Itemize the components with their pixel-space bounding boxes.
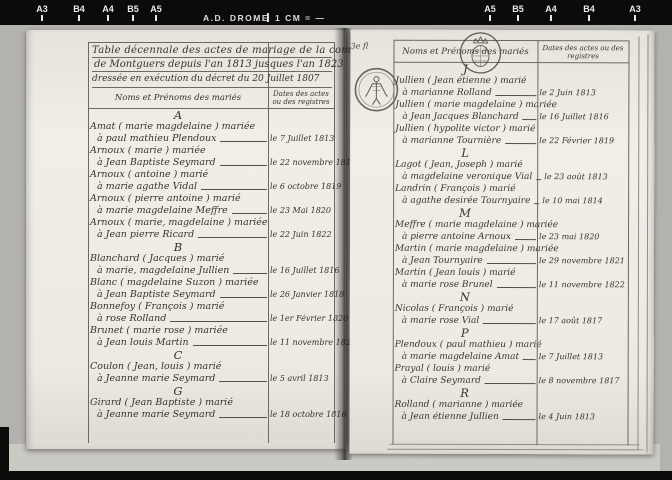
tick-icon <box>155 15 157 21</box>
spouse2-name: à Jean étienne Jullien <box>393 411 499 423</box>
spouse1-name: Rolland ( marianne ) mariée <box>393 399 628 412</box>
spouse1-name: Plendoux ( paul mathieu ) marié <box>393 339 628 352</box>
record-entry: Coulon ( Jean, louis ) marié à Jeanne ma… <box>88 361 334 385</box>
record-entry: Girard ( Jean Baptiste ) marié à Jeanne … <box>88 397 334 421</box>
tick-icon <box>489 15 491 21</box>
spouse2-name: à marianne Rolland <box>393 87 491 99</box>
marriage-date: le 2 Juin 1813 <box>537 87 628 99</box>
record-entry: Nicolas ( François ) marié à marie rose … <box>393 303 628 328</box>
calibration-marker: A3 <box>620 4 650 21</box>
section-letter: G <box>88 385 268 397</box>
spouse2-name: à pierre antoine Arnoux <box>393 231 511 243</box>
section-letter: B <box>88 241 268 253</box>
spouse1-name: Jullien ( hypolite victor ) marié <box>393 123 628 136</box>
spouse1-name: Nicolas ( François ) marié <box>393 303 628 316</box>
marker-label: A5 <box>484 4 496 14</box>
marriage-date: le 22 novembre 1815 <box>268 157 334 169</box>
leader-line <box>485 383 536 384</box>
spouse1-name: Arnoux ( antoine ) marié <box>88 169 334 181</box>
spouse2-name: à Jean Tournyaire <box>393 255 483 267</box>
tick-icon <box>41 15 43 21</box>
leader-line <box>170 321 267 322</box>
record-entry: Jullien ( Jean étienne ) marié à mariann… <box>393 75 628 100</box>
record-entry: Arnoux ( pierre antoine ) marié à marie … <box>88 193 334 217</box>
record-entry: Meffre ( marie magdelaine ) mariée à pie… <box>393 219 628 244</box>
marker-label: B5 <box>127 4 139 14</box>
spouse2-name: à Jeanne marie Seymard <box>88 373 215 385</box>
table-right-border <box>627 40 629 445</box>
marker-label: B5 <box>512 4 524 14</box>
leader-line <box>487 263 536 264</box>
record-entry: Brunet ( marie rose ) mariée à Jean loui… <box>88 325 334 349</box>
spouse1-name: Arnoux ( marie, magdelaine ) mariée <box>88 217 334 229</box>
leader-line <box>483 323 536 324</box>
marriage-date: le 17 août 1817 <box>537 315 628 327</box>
leader-line <box>193 345 267 346</box>
spouse1-name: Girard ( Jean Baptiste ) marié <box>88 397 334 409</box>
marriage-date: le 10 mai 1814 <box>540 195 628 207</box>
leader-line <box>219 381 267 382</box>
column-header-row: Noms et Prénoms des mariés Dates des act… <box>88 88 334 109</box>
spouse1-name: Bonnefoy ( François ) marié <box>88 301 334 313</box>
calibration-marker: B4 <box>64 4 94 21</box>
spouse1-name: Blanchard ( Jacques ) marié <box>88 253 334 265</box>
leader-line <box>201 189 267 190</box>
left-page: Table décennale des actes de mariage de … <box>26 30 346 449</box>
record-entry: Amat ( marie magdelaine ) mariée à paul … <box>88 121 334 145</box>
marriage-date: le 11 novembre 1822 <box>537 279 628 291</box>
marriage-date: le 7 Juillet 1813 <box>537 351 628 363</box>
scan-edge-black-bar <box>0 471 672 480</box>
spouse1-name: Amat ( marie magdelaine ) mariée <box>88 121 334 133</box>
marker-label: A3 <box>629 4 641 14</box>
leader-line <box>219 417 267 418</box>
marriage-date: le 18 octobre 1816 <box>268 409 334 421</box>
spouse1-name: Arnoux ( marie ) mariée <box>88 145 334 157</box>
fiscal-crown-stamp <box>458 31 502 75</box>
title-line-2: de Montguers depuis l'an 1813 jusques l'… <box>92 58 332 72</box>
microfilm-scan-viewer: A3 B4 A4 B5 A5 A.D. DROME 1 CM = — A5 B5… <box>0 0 672 480</box>
spouse2-name: à marie, magdelaine Jullien <box>88 265 229 277</box>
marriage-date: le 6 octobre 1819 <box>268 181 334 193</box>
calibration-marker: A3 <box>27 4 57 21</box>
marriage-date: le 22 Février 1819 <box>537 135 628 147</box>
record-entry: Prayal ( louis ) marié à Claire Seymardl… <box>393 363 628 388</box>
leader-line <box>515 239 536 240</box>
record-entry: Blanc ( magdelaine Suzon ) mariée à Jean… <box>88 277 334 301</box>
leader-line <box>503 419 536 420</box>
dates-column-header: Dates des actes ou des registres <box>268 88 334 108</box>
leader-line <box>523 119 537 120</box>
tick-icon <box>588 15 590 21</box>
marriage-date: le 22 Juin 1822 <box>268 229 334 241</box>
names-column-header: Noms et Prénoms des mariés <box>88 93 268 103</box>
calibration-marker: B4 <box>574 4 604 21</box>
record-entry: Martin ( marie magdelaine ) mariée à Jea… <box>393 243 628 268</box>
tick-icon <box>634 15 636 21</box>
calibration-marker: B5 <box>503 4 533 21</box>
marriage-date: le 5 avril 1813 <box>268 373 334 385</box>
title-line-3: dressée en exécution du décret du 20 Jui… <box>92 72 332 88</box>
marker-label: B4 <box>73 4 85 14</box>
left-table: Table décennale des actes de mariage de … <box>88 42 334 443</box>
calibration-bar: A3 B4 A4 B5 A5 A.D. DROME 1 CM = — A5 B5… <box>0 0 672 25</box>
leader-line <box>233 273 267 274</box>
spouse2-name: à magdelaine veronique Vial <box>393 171 532 183</box>
record-entry: Landrin ( François ) marié à agathe desi… <box>393 183 628 208</box>
marriage-date: le 4 Juin 1813 <box>537 411 628 423</box>
marriage-date: le 8 novembre 1817 <box>537 375 628 387</box>
leader-line <box>220 297 267 298</box>
spouse1-name: Jullien ( Jean étienne ) marié <box>393 75 628 88</box>
spouse2-name: à paul mathieu Plendoux <box>88 133 216 145</box>
section-letter: A <box>88 109 268 121</box>
record-entry: Blanchard ( Jacques ) marié à marie, mag… <box>88 253 334 277</box>
marker-label: A4 <box>102 4 114 14</box>
title-line-1: Table décennale des actes de mariage de … <box>92 45 332 58</box>
calibration-marker: A5 <box>475 4 505 21</box>
marriage-date: le 29 novembre 1821 <box>537 255 628 267</box>
spouse2-name: à marie agathe Vidal <box>88 181 197 193</box>
record-entry: Bonnefoy ( François ) marié à rose Rolla… <box>88 301 334 325</box>
marriage-date: le 23 août 1813 <box>542 171 628 183</box>
calibration-marker: A5 <box>141 4 171 21</box>
spouse2-name: à Jean Baptiste Seymard <box>88 289 216 301</box>
column-divider <box>268 42 269 443</box>
spouse1-name: Blanc ( magdelaine Suzon ) mariée <box>88 277 334 289</box>
spouse2-name: à marie rose Brunel <box>393 279 493 291</box>
table-title: Table décennale des actes de mariage de … <box>88 42 334 88</box>
marker-label: A4 <box>545 4 557 14</box>
spouse1-name: Coulon ( Jean, louis ) marié <box>88 361 334 373</box>
marriage-date: le 11 novembre 1822 <box>268 337 334 349</box>
marker-label: A5 <box>150 4 162 14</box>
spouse2-name: à Jeanne marie Seymard <box>88 409 215 421</box>
folio-note: 3e fl <box>351 42 369 51</box>
section-letter: L <box>393 147 537 159</box>
leader-line <box>496 95 537 96</box>
page-frame-line <box>387 449 643 451</box>
section-letter: C <box>88 349 268 361</box>
leader-line <box>220 141 267 142</box>
scale-separator <box>267 13 269 22</box>
tick-icon <box>550 15 552 21</box>
record-entry: Arnoux ( marie ) mariée à Jean Baptiste … <box>88 145 334 169</box>
record-entry: Arnoux ( antoine ) marié à marie agathe … <box>88 169 334 193</box>
leader-line <box>220 165 267 166</box>
dates-column-header: Dates des actes ou des registres <box>537 42 628 62</box>
record-entry: Jullien ( marie magdelaine ) mariée à Je… <box>393 99 628 124</box>
spouse1-name: Martin ( Jean louis ) marié <box>393 267 628 280</box>
record-entry: Plendoux ( paul mathieu ) marié à marie … <box>393 339 628 364</box>
marriage-date: le 16 Juillet 1816 <box>268 265 334 277</box>
spouse1-name: Arnoux ( pierre antoine ) marié <box>88 193 334 205</box>
spouse1-name: Prayal ( louis ) marié <box>393 363 628 376</box>
spouse2-name: à marianne Tournière <box>393 135 501 147</box>
record-entry: Martin ( Jean louis ) marié à marie rose… <box>393 267 628 292</box>
spouse2-name: à Jean Jacques Blanchard <box>393 111 519 123</box>
marker-label: A3 <box>36 4 48 14</box>
leader-line <box>198 237 267 238</box>
marriage-date: le 26 Janvier 1818 <box>268 289 334 301</box>
marriage-date: le 23 mai 1820 <box>537 231 628 243</box>
leader-line <box>232 213 267 214</box>
section-letter: M <box>393 207 537 219</box>
spouse1-name: Brunet ( marie rose ) mariée <box>88 325 334 337</box>
spouse1-name: Meffre ( marie magdelaine ) mariée <box>393 219 628 232</box>
marriage-date: le 1er Février 1820 <box>268 313 334 325</box>
marriage-date: le 23 Mai 1820 <box>268 205 334 217</box>
record-entry: Jullien ( hypolite victor ) marié à mari… <box>393 123 628 148</box>
section-letter: R <box>393 387 537 399</box>
record-entry: Lagot ( Jean, Joseph ) marié à magdelain… <box>393 159 628 184</box>
tick-icon <box>132 15 134 21</box>
archive-label: A.D. DROME <box>203 13 269 23</box>
scale-label: 1 CM = — <box>275 13 326 23</box>
spouse2-name: à marie magdelaine Amat <box>393 351 519 363</box>
marriage-date: le 7 Juillet 1813 <box>268 133 334 145</box>
section-letter: N <box>393 291 537 303</box>
page-frame-line <box>646 34 648 452</box>
column-header-row: Noms et Prénoms des mariés Dates des act… <box>393 40 628 64</box>
right-page: 3e fl Noms et Prénoms des mariés Dates d… <box>349 30 654 455</box>
table-left-border <box>88 42 89 443</box>
spouse2-name: à Jean Baptiste Seymard <box>88 157 216 169</box>
tick-icon <box>107 15 109 21</box>
spouse1-name: Landrin ( François ) marié <box>393 183 628 196</box>
calibration-marker: A4 <box>536 4 566 21</box>
spouse1-name: Lagot ( Jean, Joseph ) marié <box>393 159 628 172</box>
marker-label: B4 <box>583 4 595 14</box>
tick-icon <box>78 15 80 21</box>
record-entry: Rolland ( marianne ) mariée à Jean étien… <box>393 399 628 424</box>
leader-line <box>505 143 536 144</box>
leader-line <box>497 287 536 288</box>
page-frame-line <box>637 36 639 450</box>
spouse1-name: Jullien ( marie magdelaine ) mariée <box>393 99 628 112</box>
right-table: Noms et Prénoms des mariés Dates des act… <box>392 40 628 446</box>
spouse2-name: à rose Rolland <box>88 313 166 325</box>
leader-line <box>523 359 536 360</box>
spouse2-name: à marie magdelaine Meffre <box>88 205 228 217</box>
spouse1-name: Martin ( marie magdelaine ) mariée <box>393 243 628 256</box>
tick-icon <box>517 15 519 21</box>
record-entry: Arnoux ( marie, magdelaine ) mariée à Je… <box>88 217 334 241</box>
marriage-date: le 16 Juillet 1816 <box>537 111 628 123</box>
section-letter: P <box>393 327 537 339</box>
